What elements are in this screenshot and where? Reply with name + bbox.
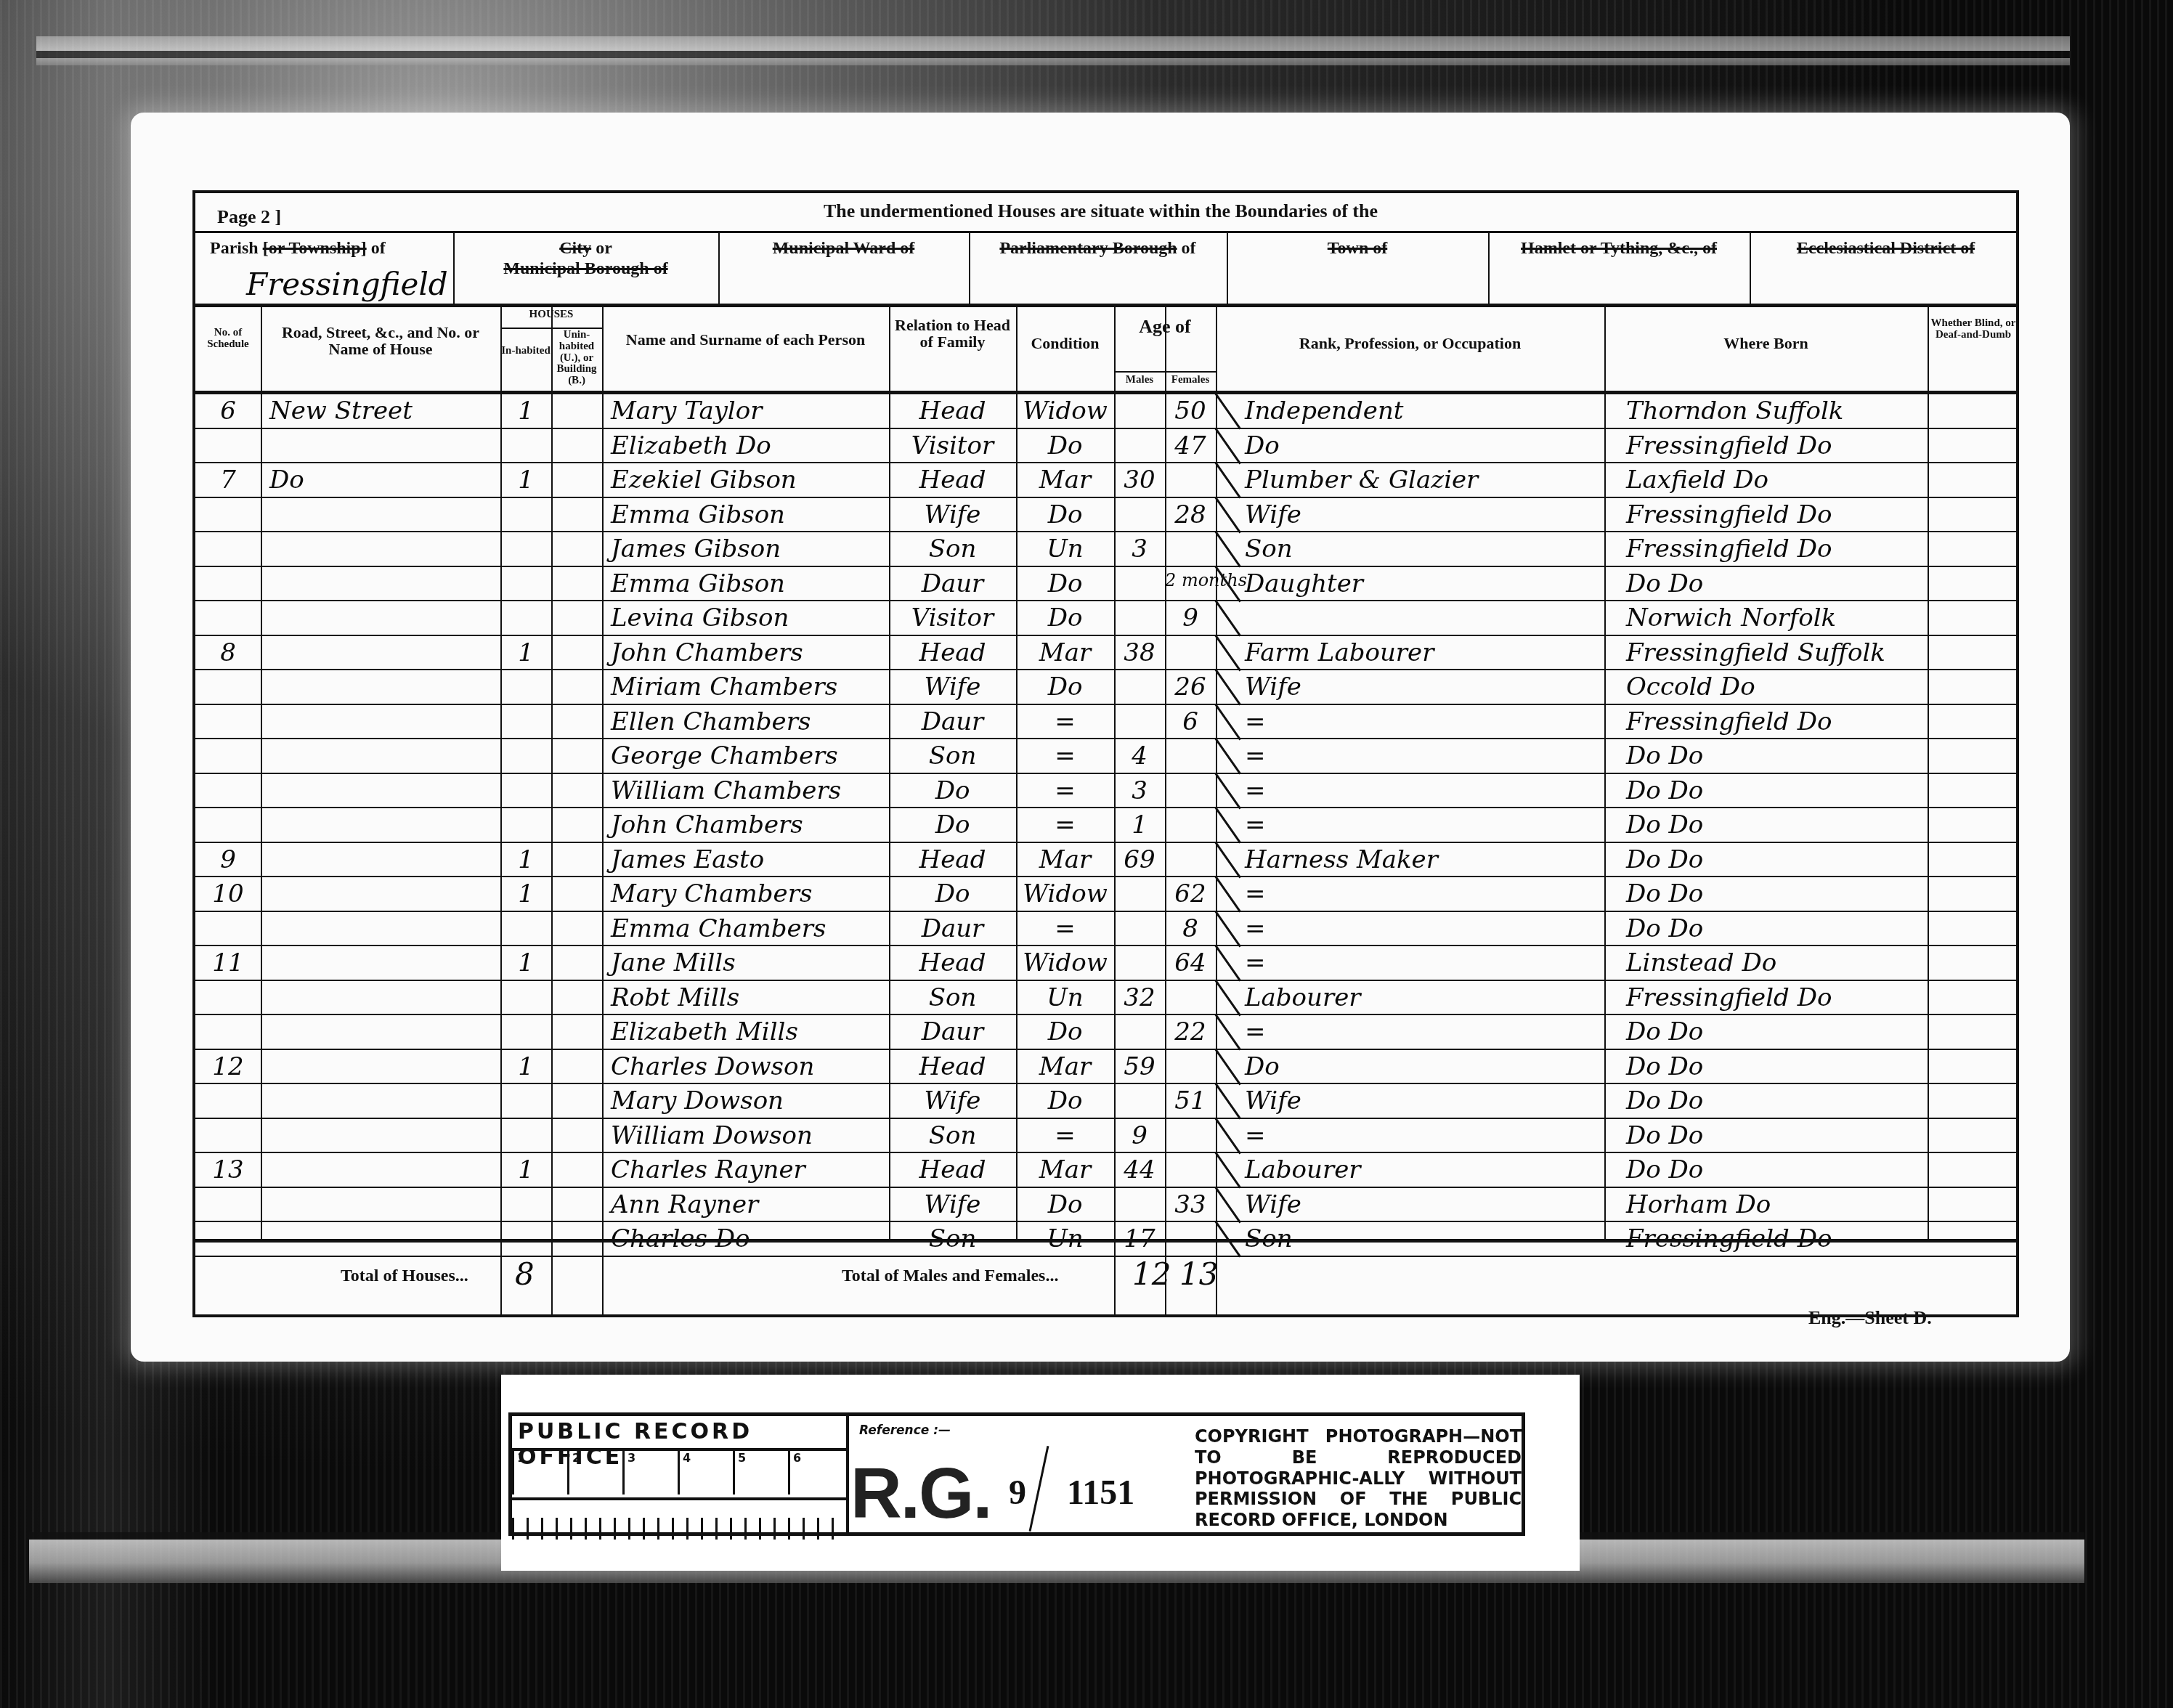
cell-name: Ezekiel Gibson (611, 468, 797, 492)
boundary-cell: City orMunicipal Borough of (453, 233, 718, 304)
table-row: Robt MillsSonUn32LabourerFressingfield D… (195, 980, 2019, 1014)
tally-mark (1214, 910, 1241, 947)
cell-condition: Mar (1016, 1054, 1114, 1079)
cell-name: Mary Taylor (611, 399, 762, 423)
cell-condition: Mar (1016, 1158, 1114, 1182)
public-record-office-stamp: PUBLIC RECORD OFFICE 123456 Reference :—… (508, 1412, 1525, 1536)
boundary-cell: Ecclesiastical District of (1750, 233, 2022, 304)
cell-name: John Chambers (611, 813, 803, 837)
cell-name: George Chambers (611, 744, 838, 768)
tally-mark (1214, 1186, 1241, 1223)
cell-born: Thorndon Suffolk (1626, 399, 1843, 423)
cell-name: James Easto (611, 847, 764, 872)
cell-occupation: Labourer (1245, 985, 1361, 1010)
cell-relation: Wife (889, 1192, 1016, 1217)
cell-relation: Head (889, 847, 1016, 872)
cell-male: 1 (1114, 813, 1165, 837)
cell-condition: Do (1016, 1192, 1114, 1217)
cell-condition: Mar (1016, 468, 1114, 492)
cell-occupation: = (1245, 1123, 1266, 1148)
cell-name: Miriam Chambers (611, 675, 837, 699)
table-row: 6New Street1Mary TaylorHeadWidow50Indepe… (195, 393, 2019, 428)
cell-male: 32 (1114, 985, 1165, 1010)
reference-piece: 9 (1009, 1473, 1026, 1513)
cell-male: 59 (1114, 1054, 1165, 1079)
cell-occupation: = (1245, 778, 1266, 803)
page-label: Page 2 ] (217, 206, 281, 228)
cell-born: Fressingfield Do (1626, 503, 1832, 527)
cell-name: Robt Mills (611, 985, 739, 1010)
cell-born: Fressingfield Do (1626, 434, 1832, 458)
table-row: James GibsonSonUn3SonFressingfield Do (195, 531, 2019, 566)
boundary-label: Parliamentary Borough of (969, 239, 1227, 259)
film-edge-top (36, 36, 2070, 65)
cell-inhabited: 1 (500, 640, 551, 665)
boundary-cell: Municipal Ward of (718, 233, 969, 304)
cell-occupation: Do (1245, 434, 1280, 458)
table-row: 101Mary ChambersDoWidow62=Do Do (195, 876, 2019, 911)
cell-occupation: Harness Maker (1245, 847, 1438, 872)
cell-inhabited: 1 (500, 1158, 551, 1182)
cell-occupation: = (1245, 813, 1266, 837)
tally-mark (1214, 531, 1241, 568)
copyright-notice: COPYRIGHT PHOTOGRAPH—NOT TO BE REPRODUCE… (1195, 1426, 1522, 1531)
cell-name: Charles Dowson (611, 1054, 814, 1079)
cell-condition: Mar (1016, 847, 1114, 872)
cell-name: John Chambers (611, 640, 803, 665)
boundary-label: Parish [or Township] of (210, 239, 453, 259)
cell-born: Do Do (1626, 847, 1703, 872)
table-row: Ann RaynerWifeDo33WifeHorham Do (195, 1187, 2019, 1221)
cell-name: James Gibson (611, 537, 781, 561)
cell-relation: Head (889, 951, 1016, 975)
boundary-label: Ecclesiastical District of (1750, 239, 2022, 259)
cell-condition: Do (1016, 434, 1114, 458)
cell-born: Occold Do (1626, 675, 1755, 699)
cell-condition: Widow (1016, 882, 1114, 906)
cell-male: 9 (1114, 1123, 1165, 1148)
cell-road: Do (269, 468, 304, 492)
cell-female: 64 (1165, 951, 1216, 975)
tally-mark (1214, 841, 1241, 878)
cell-relation: Visitor (889, 434, 1016, 458)
tally-mark (1214, 1014, 1241, 1051)
cell-born: Fressingfield Do (1626, 709, 1832, 734)
ruler-mark: 3 (622, 1451, 680, 1494)
ruler-mark: 2 (567, 1451, 625, 1494)
tally-mark (1214, 1048, 1241, 1085)
cell-relation: Head (889, 1054, 1016, 1079)
boundary-label-part: Municipal Borough of (503, 259, 667, 278)
cell-condition: Mar (1016, 640, 1114, 665)
cell-schedule: 6 (195, 399, 261, 423)
table-row: Levina GibsonVisitorDo9Norwich Norfolk (195, 600, 2019, 635)
table-row: 131Charles RaynerHeadMar44LabourerDo Do (195, 1152, 2019, 1187)
total-persons-label: Total of Males and Females... (842, 1266, 1058, 1286)
cell-born: Do Do (1626, 572, 1703, 596)
cell-occupation: Plumber & Glazier (1245, 468, 1478, 492)
table-row: 7Do1Ezekiel GibsonHeadMar30Plumber & Gla… (195, 462, 2019, 497)
cell-relation: Wife (889, 503, 1016, 527)
column-header-occupation: Rank, Profession, or Occupation (1216, 335, 1604, 351)
cell-born: Fressingfield Do (1626, 985, 1832, 1010)
column-header-condition: Condition (1016, 335, 1114, 351)
cell-condition: Do (1016, 503, 1114, 527)
ruler-mark: 4 (678, 1451, 735, 1494)
cell-schedule: 9 (195, 847, 261, 872)
cell-schedule: 11 (195, 951, 261, 975)
table-row: 121Charles DowsonHeadMar59DoDo Do (195, 1049, 2019, 1083)
tally-mark (1214, 496, 1241, 533)
cell-female: 8 (1165, 916, 1216, 941)
table-row: William ChambersDo=3=Do Do (195, 773, 2019, 808)
column-header-schedule: No. of Schedule (195, 328, 261, 351)
cell-condition: Do (1016, 1020, 1114, 1044)
cell-relation: Do (889, 882, 1016, 906)
boundary-label: Municipal Ward of (718, 239, 969, 259)
boundary-label: Hamlet or Tything, &c., of (1488, 239, 1750, 259)
boundary-label-part: [or Township] (263, 239, 367, 258)
cell-relation: Daur (889, 916, 1016, 941)
column-header-born: Where Born (1604, 335, 1928, 351)
cell-relation: Son (889, 985, 1016, 1010)
reference-box: Reference :— R.G. 9 1151 (846, 1416, 1190, 1532)
cell-relation: Son (889, 1123, 1016, 1148)
reference-series: R.G. (850, 1452, 991, 1534)
table-row: Emma GibsonWifeDo28WifeFressingfield Do (195, 497, 2019, 532)
cell-condition: = (1016, 778, 1114, 803)
cell-inhabited: 1 (500, 951, 551, 975)
tally-mark (1214, 427, 1241, 464)
ruler-mark: 1 (512, 1451, 569, 1494)
ruler-mark: 6 (788, 1451, 845, 1494)
table-row: Mary DowsonWifeDo51WifeDo Do (195, 1083, 2019, 1118)
column-header-males: Males (1114, 375, 1165, 386)
cell-female: 51 (1165, 1089, 1216, 1113)
cell-name: Emma Gibson (611, 572, 785, 596)
cell-relation: Head (889, 1158, 1016, 1182)
cell-born: Do Do (1626, 744, 1703, 768)
cell-inhabited: 1 (500, 399, 551, 423)
cell-occupation: Wife (1245, 675, 1301, 699)
cell-female: 26 (1165, 675, 1216, 699)
cell-female: 6 (1165, 709, 1216, 734)
cell-condition: Widow (1016, 951, 1114, 975)
cell-occupation: = (1245, 882, 1266, 906)
cell-relation: Do (889, 813, 1016, 837)
cell-born: Do Do (1626, 1123, 1703, 1148)
boundary-statement: The undermentioned Houses are situate wi… (824, 200, 1378, 222)
cell-condition: = (1016, 916, 1114, 941)
cell-male: 30 (1114, 468, 1165, 492)
boundary-cell: Hamlet or Tything, &c., of (1488, 233, 1750, 304)
cell-male: 69 (1114, 847, 1165, 872)
parish-value: Fressingfield (246, 269, 448, 300)
cell-schedule: 10 (195, 882, 261, 906)
cell-female: 2 months (1165, 572, 1216, 589)
total-females-value: 13 (1179, 1259, 1218, 1290)
cell-male: 38 (1114, 640, 1165, 665)
boundary-label-part: or (591, 239, 612, 258)
cell-schedule: 13 (195, 1158, 261, 1182)
table-row: Elizabeth DoVisitorDo47DoFressingfield D… (195, 428, 2019, 463)
table-row: Charles DoSonUn17SonFressingfield Do (195, 1221, 2019, 1256)
cell-occupation: Wife (1245, 1192, 1301, 1217)
cell-born: Horham Do (1626, 1192, 1771, 1217)
boundary-label-part: Town of (1328, 239, 1387, 258)
cell-name: Elizabeth Do (611, 434, 771, 458)
total-houses-label: Total of Houses... (341, 1266, 468, 1286)
cell-condition: Do (1016, 572, 1114, 596)
tally-mark (1214, 462, 1241, 499)
cell-relation: Wife (889, 675, 1016, 699)
cell-schedule: 7 (195, 468, 261, 492)
table-row: John ChambersDo=1=Do Do (195, 807, 2019, 842)
cell-female: 22 (1165, 1020, 1216, 1044)
cell-condition: = (1016, 813, 1114, 837)
cell-female: 47 (1165, 434, 1216, 458)
cell-female: 33 (1165, 1192, 1216, 1217)
boundary-label-part: Hamlet or Tything, &c., of (1521, 239, 1717, 258)
boundary-label-part: Municipal Ward of (773, 239, 915, 258)
cell-female: 9 (1165, 606, 1216, 630)
cell-occupation: Do (1245, 1054, 1280, 1079)
table-row: George ChambersSon=4=Do Do (195, 738, 2019, 773)
cell-name: Ann Rayner (611, 1192, 758, 1217)
cell-male: 3 (1114, 778, 1165, 803)
cell-schedule: 8 (195, 640, 261, 665)
cell-born: Do Do (1626, 813, 1703, 837)
tally-mark (1214, 979, 1241, 1016)
reference-folio: 1151 (1067, 1473, 1134, 1513)
cell-male: 44 (1114, 1158, 1165, 1182)
tally-mark (1214, 703, 1241, 740)
cell-name: Charles Rayner (611, 1158, 805, 1182)
column-header-houses: HOUSES (500, 309, 602, 321)
total-males-value: 12 (1132, 1259, 1171, 1290)
cell-occupation: = (1245, 951, 1266, 975)
cell-name: Mary Chambers (611, 882, 812, 906)
boundary-label: City orMunicipal Borough of (453, 239, 718, 279)
cell-born: Fressingfield Suffolk (1626, 640, 1885, 665)
tally-mark (1214, 1083, 1241, 1120)
tally-mark (1214, 600, 1241, 637)
tally-mark (1214, 876, 1241, 913)
cell-occupation: Labourer (1245, 1158, 1361, 1182)
boundary-label-part: Ecclesiastical District of (1797, 239, 1975, 258)
boundary-label-part: Parish (210, 239, 263, 258)
column-header-females: Females (1165, 375, 1216, 386)
column-header-blind: Whether Blind, or Deaf-and-Dumb (1928, 318, 2019, 341)
cell-born: Fressingfield Do (1626, 537, 1832, 561)
cell-relation: Daur (889, 572, 1016, 596)
tally-mark (1214, 772, 1241, 809)
cell-male: 3 (1114, 537, 1165, 561)
tally-mark (1214, 807, 1241, 844)
cell-female: 62 (1165, 882, 1216, 906)
cell-female: 28 (1165, 503, 1216, 527)
table-row: Emma ChambersDaur=8=Do Do (195, 911, 2019, 945)
cell-born: Do Do (1626, 1054, 1703, 1079)
cell-relation: Daur (889, 709, 1016, 734)
cell-condition: Do (1016, 606, 1114, 630)
cell-occupation: Son (1245, 537, 1293, 561)
cell-relation: Visitor (889, 606, 1016, 630)
cell-condition: = (1016, 709, 1114, 734)
cell-inhabited: 1 (500, 847, 551, 872)
cell-occupation: Independent (1245, 399, 1403, 423)
census-form: Page 2 ] The undermentioned Houses are s… (192, 190, 2019, 1317)
cell-born: Linstead Do (1626, 951, 1776, 975)
cell-relation: Head (889, 640, 1016, 665)
cell-condition: Do (1016, 1089, 1114, 1113)
cell-name: Ellen Chambers (611, 709, 811, 734)
table-row: 111Jane MillsHeadWidow64=Linstead Do (195, 945, 2019, 980)
cell-condition: Widow (1016, 399, 1114, 423)
cell-name: Emma Chambers (611, 916, 826, 941)
cell-name: Emma Gibson (611, 503, 785, 527)
tally-mark (1214, 1117, 1241, 1154)
cell-road: New Street (269, 399, 413, 423)
table-row: Elizabeth MillsDaurDo22=Do Do (195, 1014, 2019, 1049)
cell-inhabited: 1 (500, 1054, 551, 1079)
column-header-relation: Relation to Head of Family (889, 317, 1016, 350)
cell-inhabited: 1 (500, 882, 551, 906)
cell-born: Do Do (1626, 1089, 1703, 1113)
cell-relation: Head (889, 399, 1016, 423)
column-header-uninhabited: Unin-habited (U.), or Building (B.) (551, 330, 602, 387)
table-row: 81John ChambersHeadMar38Farm LabourerFre… (195, 635, 2019, 670)
cell-born: Do Do (1626, 1158, 1703, 1182)
boundary-label-part: of (367, 239, 386, 258)
cell-relation: Head (889, 468, 1016, 492)
reference-label: Reference :— (859, 1423, 951, 1438)
cell-male: 4 (1114, 744, 1165, 768)
column-header-inhabited: In-habited (500, 346, 551, 357)
cell-condition: Un (1016, 537, 1114, 561)
table-row: Emma GibsonDaurDo2 monthsDaughterDo Do (195, 566, 2019, 601)
table-row: Ellen ChambersDaur=6=Fressingfield Do (195, 704, 2019, 739)
tally-mark (1214, 738, 1241, 775)
boundary-cell: Town of (1227, 233, 1488, 304)
cell-condition: Un (1016, 985, 1114, 1010)
cell-relation: Daur (889, 1020, 1016, 1044)
column-header-road: Road, Street, &c., and No. or Name of Ho… (261, 324, 500, 357)
cell-inhabited: 1 (500, 468, 551, 492)
boundary-label: Town of (1227, 239, 1488, 259)
ruler-mark: 5 (733, 1451, 790, 1494)
total-houses-value: 8 (515, 1259, 535, 1290)
cell-born: Do Do (1626, 778, 1703, 803)
cell-occupation: = (1245, 1020, 1266, 1044)
cell-occupation: Wife (1245, 503, 1301, 527)
boundary-label-part: City (559, 239, 591, 258)
cell-relation: Son (889, 537, 1016, 561)
cell-relation: Son (889, 744, 1016, 768)
boundary-cell: Parliamentary Borough of (969, 233, 1227, 304)
cell-name: Elizabeth Mills (611, 1020, 798, 1044)
tally-mark (1214, 945, 1241, 982)
sheet-mark: Eng.—Sheet D. (1808, 1307, 1932, 1329)
cell-schedule: 12 (195, 1054, 261, 1079)
cell-born: Norwich Norfolk (1626, 606, 1836, 630)
boundary-label-part: Parliamentary Borough (999, 239, 1177, 258)
cell-occupation: Wife (1245, 1089, 1301, 1113)
cell-female: 50 (1165, 399, 1216, 423)
cell-occupation: Daughter (1245, 572, 1363, 596)
table-row: William DowsonSon=9=Do Do (195, 1118, 2019, 1152)
cell-born: Do Do (1626, 1020, 1703, 1044)
cell-name: Jane Mills (611, 951, 736, 975)
scale-ruler: 123456 (512, 1448, 846, 1537)
cell-name: Levina Gibson (611, 606, 789, 630)
column-header-age: Age of (1114, 317, 1216, 336)
cell-name: William Dowson (611, 1123, 813, 1148)
cell-born: Do Do (1626, 882, 1703, 906)
boundary-cell: Parish [or Township] ofFressingfield (195, 233, 453, 304)
tally-mark (1214, 393, 1241, 430)
cell-occupation: Farm Labourer (1245, 640, 1434, 665)
cell-born: Do Do (1626, 916, 1703, 941)
cell-occupation: = (1245, 916, 1266, 941)
boundary-label-part: of (1177, 239, 1196, 258)
cell-condition: Do (1016, 675, 1114, 699)
cell-occupation: = (1245, 744, 1266, 768)
column-header-name: Name and Surname of each Person (602, 331, 889, 348)
cell-occupation: = (1245, 709, 1266, 734)
cell-relation: Wife (889, 1089, 1016, 1113)
cell-name: William Chambers (611, 778, 841, 803)
cell-condition: = (1016, 744, 1114, 768)
cell-name: Mary Dowson (611, 1089, 784, 1113)
tally-mark (1214, 1152, 1241, 1189)
table-row: 91James EastoHeadMar69Harness MakerDo Do (195, 842, 2019, 877)
tally-mark (1214, 669, 1241, 706)
tally-mark (1214, 634, 1241, 671)
cell-born: Laxfield Do (1626, 468, 1768, 492)
table-row: Miriam ChambersWifeDo26WifeOccold Do (195, 669, 2019, 704)
cell-relation: Do (889, 778, 1016, 803)
cell-condition: = (1016, 1123, 1114, 1148)
